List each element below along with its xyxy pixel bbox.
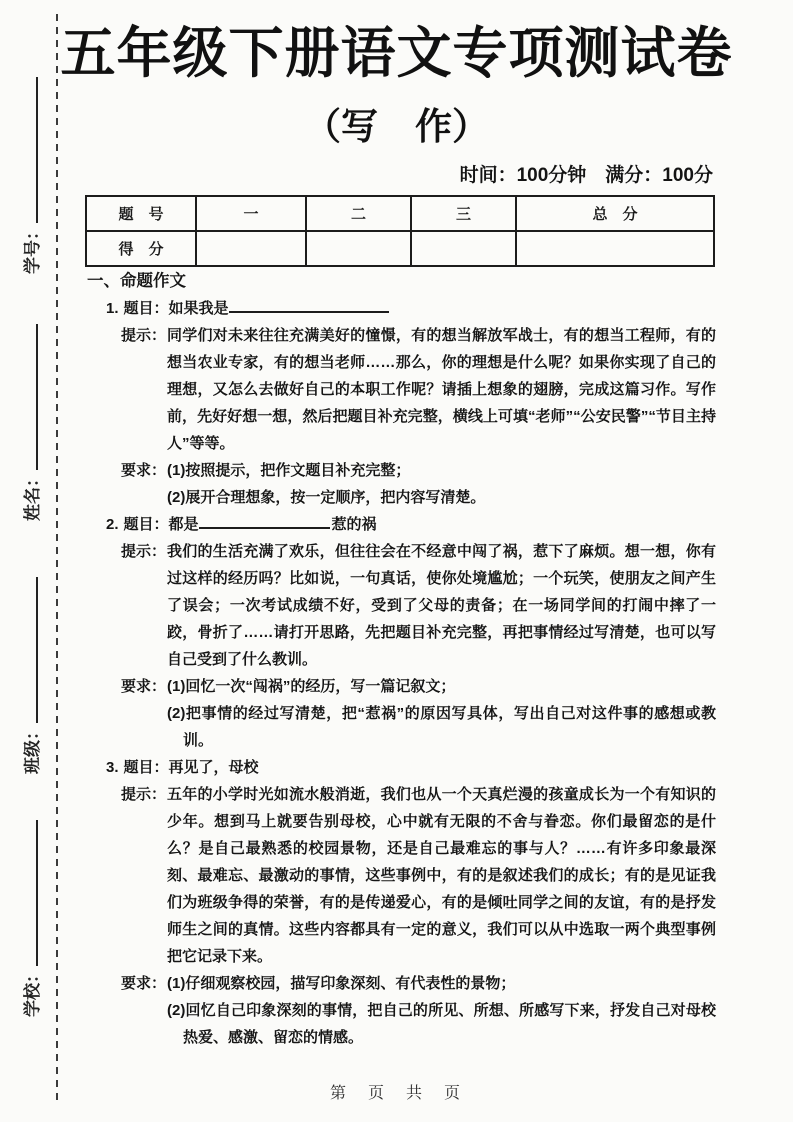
essay-item-1: 1.题目：如果我是 提示： 同学们对未来往往充满美好的憧憬，有的想当解放军战士，… [106,295,716,511]
item-3-title: 3.题目：再见了，母校 [106,754,716,781]
item-2-hint-text: 我们的生活充满了欢乐，但往往会在不经意中闯了祸，惹下了麻烦。想一想，你有过这样的… [167,543,716,668]
item-2-title-blank-line [199,514,330,529]
item-2-hint-paragraph: 提示： 我们的生活充满了欢乐，但往往会在不经意中闯了祸，惹下了麻烦。想一想，你有… [121,538,716,673]
score-table-header-three: 三 [411,196,516,231]
sidebar-field-name: 姓名： [18,324,43,521]
item-2-title-text-post: 惹的祸 [332,516,377,533]
item-3-requirement-2: (2)回忆自己印象深刻的事情，把自己的所见、所想、所感写下来，抒发自己对母校热爱… [167,997,716,1051]
score-row-label: 得 分 [86,231,196,266]
item-3-requirements-paragraph: 要求： (1)仔细观察校园，描写印象深刻、有代表性的景物； (2)回忆自己印象深… [121,970,716,1051]
score-cell-total [516,231,714,266]
cut-dashed-line [56,14,58,1106]
section-heading: 一、命题作文 [87,268,716,295]
item-3-hint-paragraph: 提示： 五年的小学时光如流水般消逝，我们也从一个天真烂漫的孩童成长为一个有知识的… [121,781,716,970]
sidebar-field-student-number: 学号： [18,77,43,274]
item-3-requirements-label: 要求： [121,970,166,997]
item-2-title: 2.题目：都是惹的祸 [106,511,716,538]
time-and-score-info: 时间：100分钟 满分：100分 [460,160,713,187]
essay-item-3: 3.题目：再见了，母校 提示： 五年的小学时光如流水般消逝，我们也从一个天真烂漫… [106,754,716,1051]
item-1-requirement-2: (2)展开合理想象，按一定顺序，把内容写清楚。 [167,484,716,511]
score-cell-one [196,231,306,266]
essay-item-2: 2.题目：都是惹的祸 提示： 我们的生活充满了欢乐，但往往会在不经意中闯了祸，惹… [106,511,716,754]
item-1-hint-paragraph: 提示： 同学们对未来往往充满美好的憧憬，有的想当解放军战士，有的想当工程师，有的… [121,322,716,457]
item-1-requirements-paragraph: 要求： (1)按照提示，把作文题目补充完整； (2)展开合理想象，按一定顺序，把… [121,457,716,511]
item-3-title-label: 题目： [124,759,169,776]
item-3-number: 3. [106,759,119,776]
item-3-requirement-1: (1)仔细观察校园，描写印象深刻、有代表性的景物； [167,970,716,997]
item-2-requirements-label: 要求： [121,673,166,700]
item-2-requirements-paragraph: 要求： (1)回忆一次“闯祸”的经历，写一篇记叙文； (2)把事情的经过写清楚，… [121,673,716,754]
item-2-hint-label: 提示： [121,538,166,565]
student-info-sidebar: 学校： 班级： 姓名： 学号： [4,10,56,1102]
page-number-footer: 第 页 共 页 [0,1080,793,1103]
item-1-title-blank-line [229,298,389,313]
item-2-requirement-1: (1)回忆一次“闯祸”的经历，写一篇记叙文； [167,673,716,700]
student-number-label: 学号： [18,223,43,274]
score-table-header-one: 一 [196,196,306,231]
student-number-blank-line [19,77,38,223]
item-1-title-text: 如果我是 [169,300,229,317]
score-cell-two [306,231,411,266]
sidebar-field-class: 班级： [18,577,43,774]
name-label: 姓名： [18,470,43,521]
item-3-hint-label: 提示： [121,781,166,808]
name-blank-line [19,324,38,470]
class-label: 班级： [18,723,43,774]
score-cell-three [411,231,516,266]
item-2-title-text: 都是 [169,516,199,533]
sidebar-field-school: 学校： [18,820,43,1017]
school-label: 学校： [18,966,43,1017]
item-2-title-label: 题目： [124,516,169,533]
paper-subtitle: （写 作） [40,96,753,150]
class-blank-line [19,577,38,723]
item-3-hint-text: 五年的小学时光如流水般消逝，我们也从一个天真烂漫的孩童成长为一个有知识的少年。想… [167,786,716,965]
score-table-header-two: 二 [306,196,411,231]
score-table-header-total: 总 分 [516,196,714,231]
item-1-title: 1.题目：如果我是 [106,295,716,322]
school-blank-line [19,820,38,966]
item-3-title-text: 再见了，母校 [169,759,259,776]
item-2-requirement-2: (2)把事情的经过写清楚，把“惹祸”的原因写具体，写出自己对这件事的感想或教训。 [167,700,716,754]
item-2-number: 2. [106,516,119,533]
item-1-hint-text: 同学们对未来往往充满美好的憧憬，有的想当解放军战士，有的想当工程师，有的想当农业… [167,327,716,452]
score-table-header-row: 题 号 一 二 三 总 分 [86,196,714,231]
exam-paper-page: 学校： 班级： 姓名： 学号： 五年级下册语文专项测试卷 （写 作） 时间：10… [0,0,793,1122]
item-1-number: 1. [106,300,119,317]
paper-title: 五年级下册语文专项测试卷 [40,20,753,86]
item-1-title-label: 题目： [124,300,169,317]
item-1-requirement-1: (1)按照提示，把作文题目补充完整； [167,457,716,484]
score-table: 题 号 一 二 三 总 分 得 分 [85,195,715,267]
paper-body: 一、命题作文 1.题目：如果我是 提示： 同学们对未来往往充满美好的憧憬，有的想… [85,268,716,1051]
score-table-score-row: 得 分 [86,231,714,266]
score-table-header-question: 题 号 [86,196,196,231]
item-1-requirements-label: 要求： [121,457,166,484]
item-1-hint-label: 提示： [121,322,166,349]
